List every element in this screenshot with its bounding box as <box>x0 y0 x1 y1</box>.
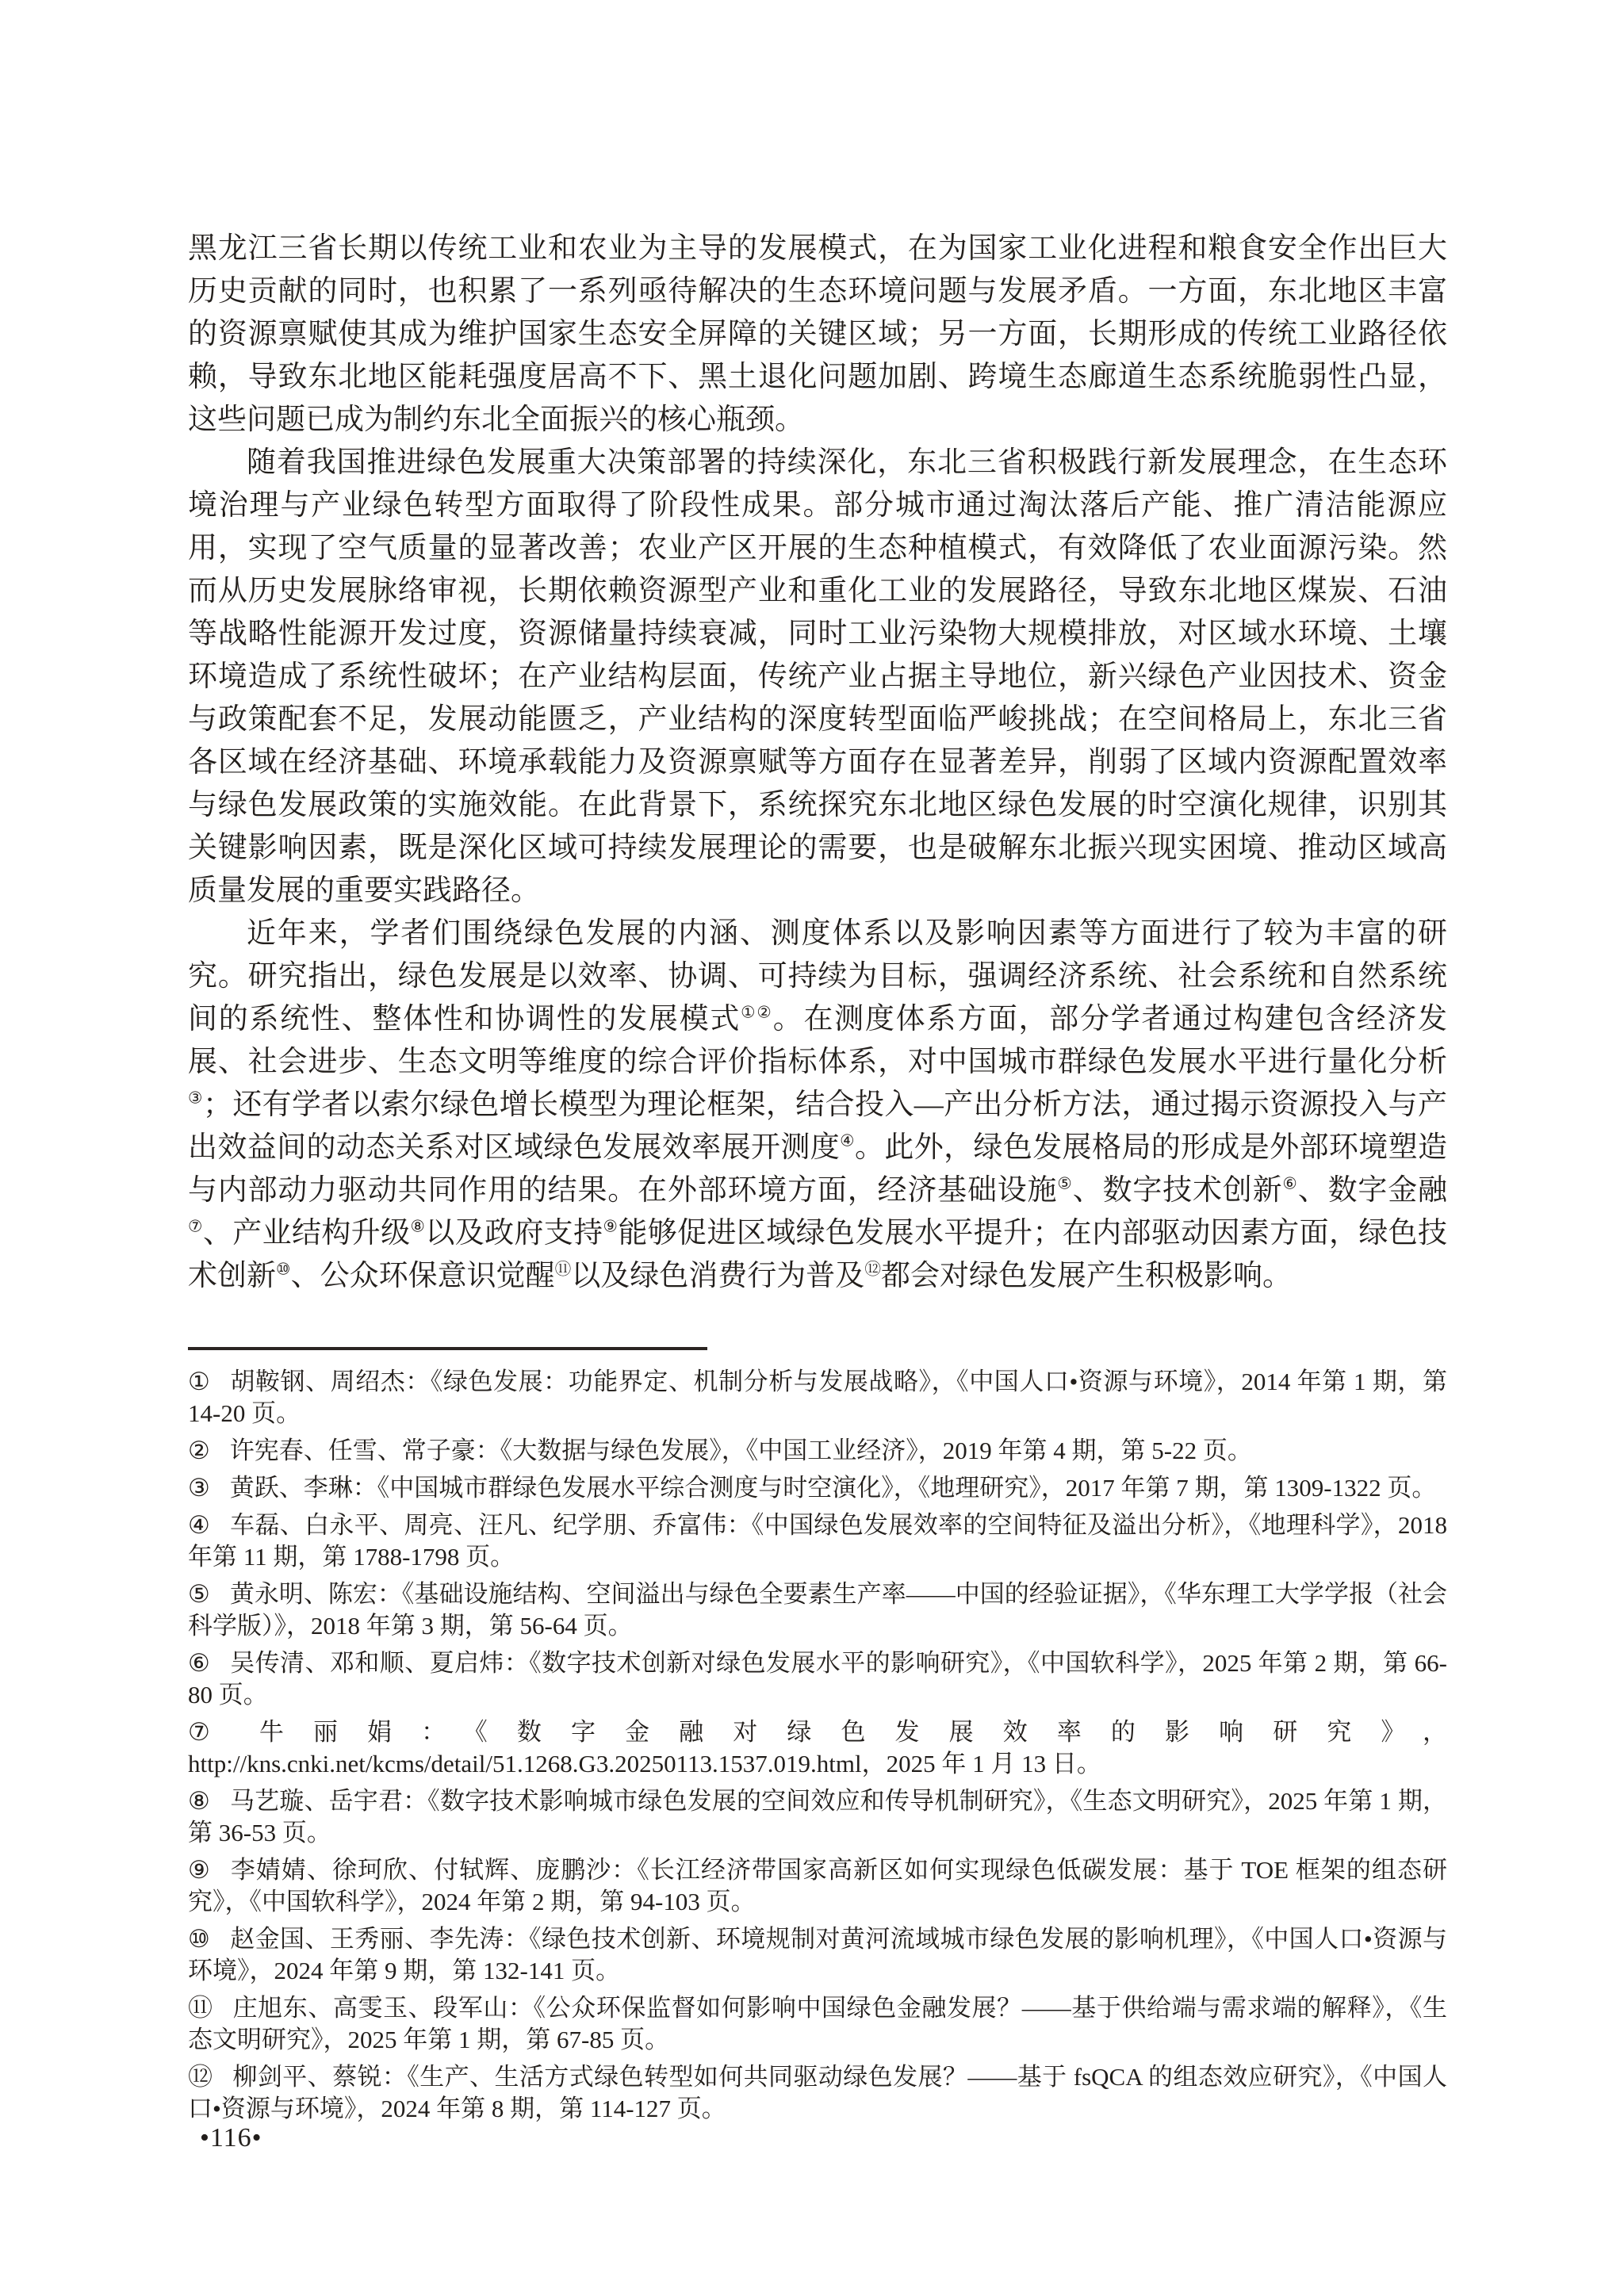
footnote-reference: ⑫ <box>864 1261 881 1279</box>
footnote-marker: ⑧ <box>188 1787 210 1815</box>
footnote-item: ⑦牛丽娟：《数字金融对绿色发展效率的影响研究》，http://kns.cnki.… <box>188 1716 1447 1780</box>
footnote-marker: ② <box>188 1437 210 1464</box>
footnote-item: ①胡鞍钢、周绍杰：《绿色发展：功能界定、机制分析与发展战略》，《中国人口•资源与… <box>188 1366 1447 1429</box>
footnote-item: ⑧马艺璇、岳宇君：《数字技术影响城市绿色发展的空间效应和传导机制研究》，《生态文… <box>188 1785 1447 1849</box>
footnote-reference: ④ <box>840 1133 855 1150</box>
footnote-reference: ⑪ <box>555 1261 572 1279</box>
footnote-reference: ①② <box>741 1004 773 1022</box>
footnote-text: 车磊、白永平、周亮、汪凡、纪学朋、乔富伟：《中国绿色发展效率的空间特征及溢出分析… <box>188 1511 1447 1571</box>
footnote-item: ③黄跃、李琳：《中国城市群绿色发展水平综合测度与时空演化》，《地理研究》，201… <box>188 1472 1447 1504</box>
footnote-marker: ⑦ <box>188 1718 239 1746</box>
footnote-item: ②许宪春、任雪、常子豪：《大数据与绿色发展》，《中国工业经济》，2019 年第 … <box>188 1435 1447 1467</box>
footnote-item: ⑪庄旭东、高雯玉、段军山：《公众环保监督如何影响中国绿色金融发展？——基于供给端… <box>188 1992 1447 2056</box>
footnote-marker: ⑤ <box>188 1580 210 1608</box>
footnote-text: 李婧婧、徐珂欣、付轼辉、庞鹏沙：《长江经济带国家高新区如何实现绿色低碳发展：基于… <box>188 1856 1447 1915</box>
footnote-item: ⑨李婧婧、徐珂欣、付轼辉、庞鹏沙：《长江经济带国家高新区如何实现绿色低碳发展：基… <box>188 1854 1447 1918</box>
footnote-text: 马艺璇、岳宇君：《数字技术影响城市绿色发展的空间效应和传导机制研究》，《生态文明… <box>188 1787 1447 1846</box>
footnote-reference: ⑤ <box>1057 1176 1072 1193</box>
footnote-item: ④车磊、白永平、周亮、汪凡、纪学朋、乔富伟：《中国绿色发展效率的空间特征及溢出分… <box>188 1510 1447 1573</box>
footnote-reference: ⑩ <box>276 1261 291 1279</box>
footnote-text: 许宪春、任雪、常子豪：《大数据与绿色发展》，《中国工业经济》，2019 年第 4… <box>230 1437 1252 1464</box>
text-column: 黑龙江三省长期以传统工业和农业为主导的发展模式，在为国家工业化进程和粮食安全作出… <box>188 228 1447 2130</box>
footnote-text: 牛丽娟：《数字金融对绿色发展效率的影响研究》，http://kns.cnki.n… <box>188 1718 1447 1777</box>
footnote-text: 胡鞍钢、周绍杰：《绿色发展：功能界定、机制分析与发展战略》，《中国人口•资源与环… <box>188 1368 1447 1427</box>
footnote-marker: ① <box>188 1368 210 1395</box>
footnote-marker: ⑨ <box>188 1856 211 1884</box>
footnote-text: 黄跃、李琳：《中国城市群绿色发展水平综合测度与时空演化》，《地理研究》，2017… <box>230 1474 1437 1502</box>
paragraph: 近年来，学者们围绕绿色发展的内涵、测度体系以及影响因素等方面进行了较为丰富的研究… <box>188 913 1447 1298</box>
footnote-reference: ③ <box>188 1090 203 1108</box>
body-paragraphs: 黑龙江三省长期以传统工业和农业为主导的发展模式，在为国家工业化进程和粮食安全作出… <box>188 228 1447 1298</box>
footnote-marker: ③ <box>188 1474 210 1502</box>
footnote-reference: ⑨ <box>603 1219 619 1236</box>
footnote-marker: ④ <box>188 1511 210 1539</box>
paragraph: 黑龙江三省长期以传统工业和农业为主导的发展模式，在为国家工业化进程和粮食安全作出… <box>188 228 1447 442</box>
footnote-marker: ⑩ <box>188 1925 210 1953</box>
footnote-text: 庄旭东、高雯玉、段军山：《公众环保监督如何影响中国绿色金融发展？——基于供给端与… <box>188 1994 1447 2053</box>
page-number: •116• <box>200 2123 262 2153</box>
footnote-marker: ⑫ <box>188 2063 213 2091</box>
footnote-separator-rule <box>188 1347 707 1350</box>
journal-page: 黑龙江三省长期以传统工业和农业为主导的发展模式，在为国家工业化进程和粮食安全作出… <box>0 0 1624 2296</box>
footnote-text: 赵金国、王秀丽、李先涛：《绿色技术创新、环境规制对黄河流域城市绿色发展的影响机理… <box>188 1925 1447 1984</box>
footnote-text: 柳剑平、蔡锐：《生产、生活方式绿色转型如何共同驱动绿色发展？——基于 fsQCA… <box>188 2063 1447 2122</box>
footnote-text: 黄永明、陈宏：《基础设施结构、空间溢出与绿色全要素生产率——中国的经验证据》，《… <box>188 1580 1447 1640</box>
footnotes-list: ①胡鞍钢、周绍杰：《绿色发展：功能界定、机制分析与发展战略》，《中国人口•资源与… <box>188 1366 1447 2125</box>
footnote-reference: ⑥ <box>1282 1176 1297 1193</box>
footnote-item: ⑥吴传清、邓和顺、夏启炜：《数字技术创新对绿色发展水平的影响研究》，《中国软科学… <box>188 1647 1447 1711</box>
footnote-text: 吴传清、邓和顺、夏启炜：《数字技术创新对绿色发展水平的影响研究》，《中国软科学》… <box>188 1649 1447 1709</box>
footnote-item: ⑤黄永明、陈宏：《基础设施结构、空间溢出与绿色全要素生产率——中国的经验证据》，… <box>188 1578 1447 1642</box>
footnote-reference: ⑦ <box>188 1219 203 1236</box>
footnote-item: ⑫柳剑平、蔡锐：《生产、生活方式绿色转型如何共同驱动绿色发展？——基于 fsQC… <box>188 2061 1447 2125</box>
footnote-marker: ⑪ <box>188 1994 213 2022</box>
paragraph: 随着我国推进绿色发展重大决策部署的持续深化，东北三省积极践行新发展理念，在生态环… <box>188 442 1447 913</box>
footnote-marker: ⑥ <box>188 1649 210 1677</box>
footnote-item: ⑩赵金国、王秀丽、李先涛：《绿色技术创新、环境规制对黄河流域城市绿色发展的影响机… <box>188 1923 1447 1987</box>
footnote-reference: ⑧ <box>410 1219 425 1236</box>
